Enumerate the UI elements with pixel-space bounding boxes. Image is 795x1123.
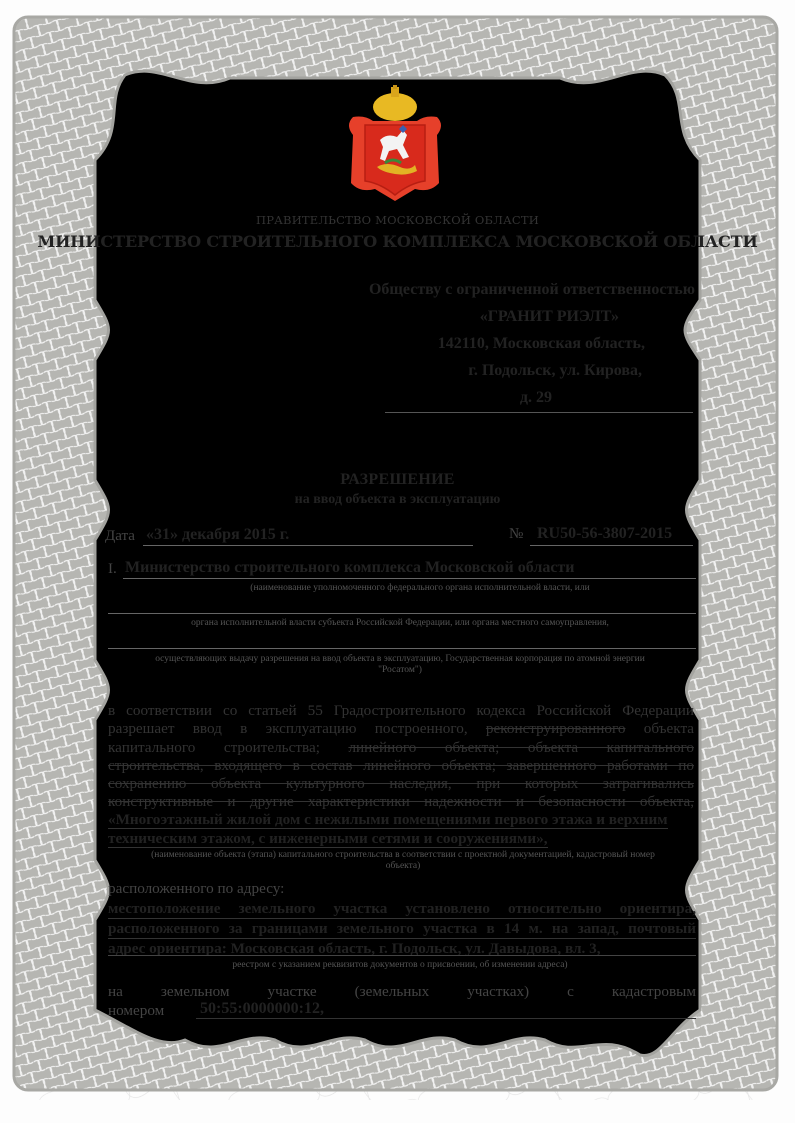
coat-of-arms-icon xyxy=(345,85,445,203)
number-label: № xyxy=(509,526,523,543)
document-title: РАЗРЕШЕНИЕ xyxy=(0,471,795,489)
land-word: на xyxy=(108,983,123,1001)
ministry-header: МИНИСТЕРСТВО СТРОИТЕЛЬНОГО КОМПЛЕКСА МОС… xyxy=(0,232,795,251)
issuer-note-3a: осуществляющих выдачу разрешения на ввод… xyxy=(105,654,695,665)
issuer-line-2 xyxy=(108,613,696,614)
paragraph-line: в соответствии со статьей 55 Градостроит… xyxy=(108,702,694,720)
recipient-address-2: г. Подольск, ул. Кирова, xyxy=(340,362,695,380)
recipient-company: «ГРАНИТ РИЭЛТ» xyxy=(340,308,695,326)
recipient-line-1: Обществу с ограниченной ответственностью xyxy=(340,281,695,299)
object-name-line-2: техническим этажом, с инженерными сетями… xyxy=(108,830,548,848)
land-word: участках) xyxy=(467,983,529,1001)
address-note: реестром с указанием реквизитов документ… xyxy=(105,960,695,971)
location-label: расположенного по адресу: xyxy=(108,880,284,898)
date-label: Дата xyxy=(105,528,135,545)
object-note-a: (наименование объекта (этапа) капитально… xyxy=(110,850,696,861)
issuer-note-1: (наименование уполномоченного федерально… xyxy=(150,583,690,594)
government-header: ПРАВИТЕЛЬСТВО МОСКОВСКОЙ ОБЛАСТИ xyxy=(0,213,795,227)
document-subtitle: на ввод объекта в эксплуатацию xyxy=(0,492,795,508)
object-note-b: объекта) xyxy=(110,861,696,872)
recipient-underline xyxy=(385,412,693,413)
recipient-address-1: 142110, Московская область, xyxy=(340,335,695,353)
address-line-1: местоположение земельного участка устано… xyxy=(108,899,696,919)
address: местоположение земельного участка устано… xyxy=(108,899,696,958)
issuer-note-2: органа исполнительной власти субъекта Ро… xyxy=(105,618,695,629)
paragraph-line: разрешает ввод в эксплуатацию построенно… xyxy=(108,720,694,738)
permit-paragraph: в соответствии со статьей 55 Градостроит… xyxy=(108,702,694,812)
cadastral-underline xyxy=(196,1018,696,1019)
address-underline xyxy=(108,955,696,956)
paragraph-line: капитального строительства; линейного об… xyxy=(108,739,694,757)
land-plot-line: наземельномучастке(земельныхучастках)ска… xyxy=(108,983,696,1001)
land-word: (земельных xyxy=(355,983,430,1001)
permit-number: RU50-56-3807-2015 xyxy=(537,525,672,543)
issuer-underline xyxy=(123,578,696,579)
land-word: кадастровым xyxy=(612,983,696,1001)
number-underline xyxy=(530,545,693,546)
recipient-address-3: д. 29 xyxy=(340,389,695,407)
issuer-note-3b: "Росатом") xyxy=(105,665,695,676)
issuer-name: Министерство строительного комплекса Мос… xyxy=(125,559,575,577)
object-name: «Многоэтажный жилой дом с нежилыми помещ… xyxy=(108,810,696,848)
paragraph-line: строительства, входящего в состав линейн… xyxy=(108,757,694,775)
paragraph-line: сохранению объекта культурного наследия,… xyxy=(108,775,694,793)
land-word: с xyxy=(567,983,574,1001)
date-underline xyxy=(143,545,473,546)
section-number: I. xyxy=(108,561,117,578)
land-word: участке xyxy=(268,983,317,1001)
land-word: земельном xyxy=(161,983,230,1001)
issuer-line-3 xyxy=(108,648,696,649)
object-name-line-1: «Многоэтажный жилой дом с нежилыми помещ… xyxy=(108,811,668,829)
cadastral-number: 50:55:0000000:12, xyxy=(200,1000,324,1018)
date-value: «31» декабря 2015 г. xyxy=(146,526,289,544)
cadastral-label: номером xyxy=(108,1002,164,1020)
address-line-2: расположенного за границами земельного у… xyxy=(108,919,696,939)
